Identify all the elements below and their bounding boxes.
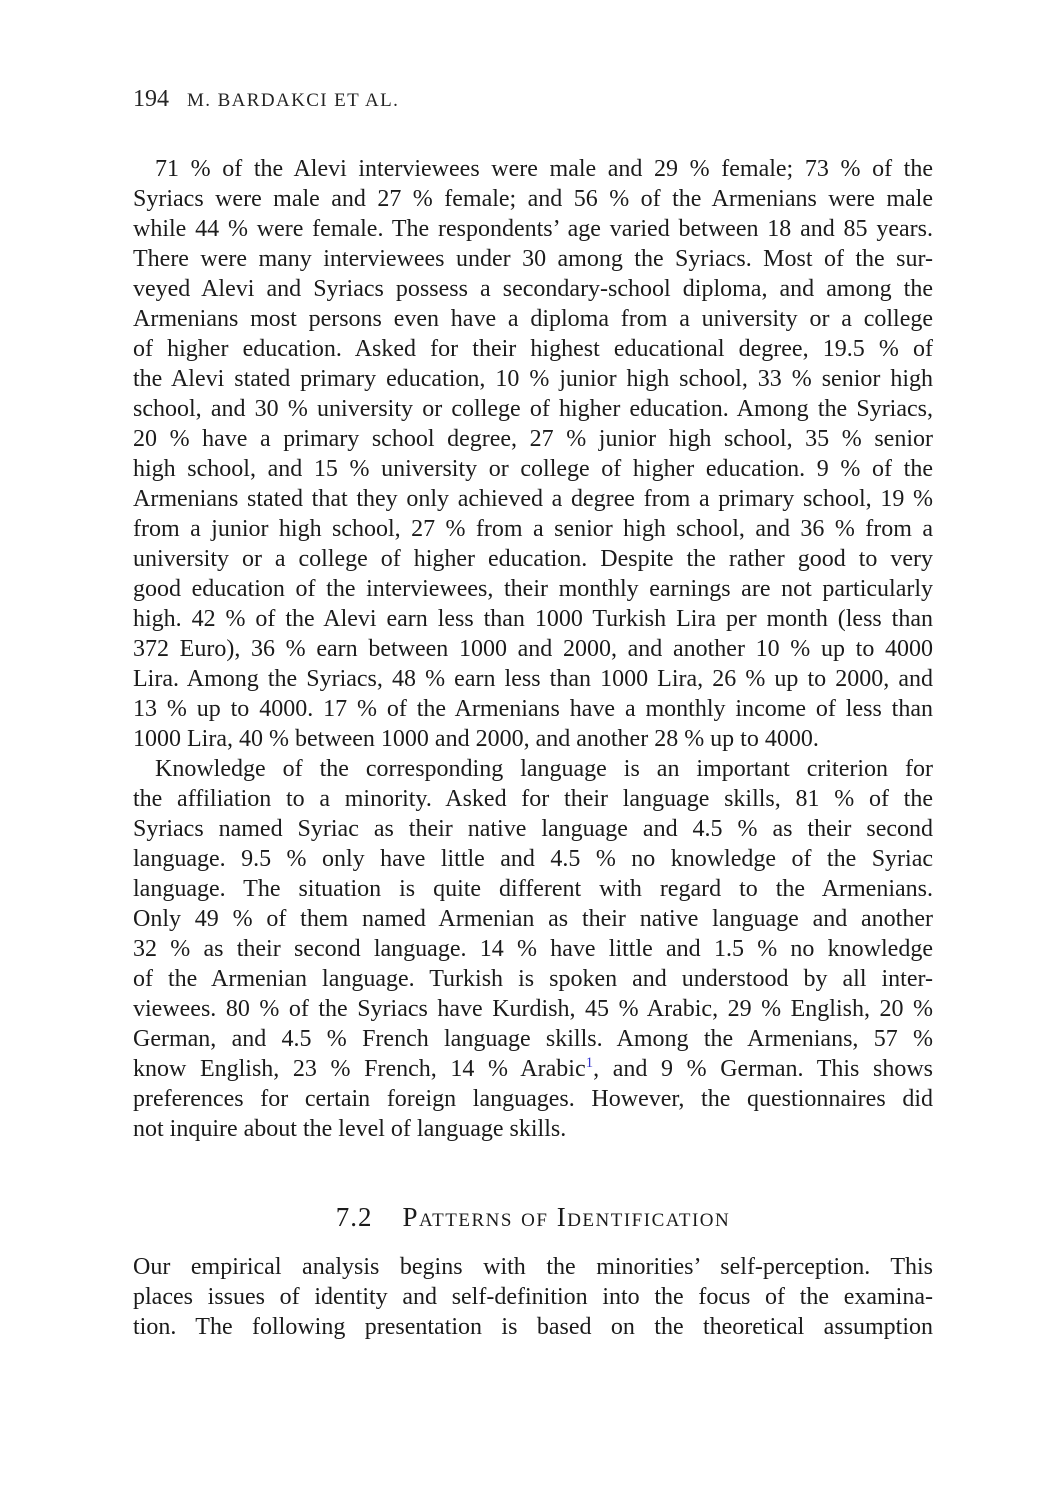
page-header: 194 M. BARDAKCI ET AL. [133, 86, 933, 114]
text-line: Knowledge of the corresponding language … [133, 754, 933, 784]
paragraph-identification-intro: Our empirical analysis begins with the m… [133, 1252, 933, 1342]
text-line: Armenians stated that they only achieved… [133, 484, 933, 514]
text-line: of higher education. Asked for their hig… [133, 334, 933, 364]
paragraph-demographics: 71 % of the Alevi interviewees were male… [133, 154, 933, 754]
text-line: viewees. 80 % of the Syriacs have Kurdis… [133, 994, 933, 1024]
text-line: Our empirical analysis begins with the m… [133, 1252, 933, 1282]
text-line: 1000 Lira, 40 % between 1000 and 2000, a… [133, 724, 933, 754]
text-line: places issues of identity and self-defin… [133, 1282, 933, 1312]
text-line: Syriacs were male and 27 % female; and 5… [133, 184, 933, 214]
text-line: tion. The following presentation is base… [133, 1312, 933, 1342]
text-line: language. 9.5 % only have little and 4.5… [133, 844, 933, 874]
section-title: Patterns of Identification [403, 1202, 731, 1232]
text-line: know English, 23 % French, 14 % Arabic1,… [133, 1054, 933, 1084]
text-line: language. The situation is quite differe… [133, 874, 933, 904]
text-line: the Alevi stated primary education, 10 %… [133, 364, 933, 394]
text-line: 32 % as their second language. 14 % have… [133, 934, 933, 964]
text-line: 13 % up to 4000. 17 % of the Armenians h… [133, 694, 933, 724]
text-line: 20 % have a primary school degree, 27 % … [133, 424, 933, 454]
footnote-link[interactable]: 1 [586, 1055, 594, 1071]
paragraph-language-skills: Knowledge of the corresponding language … [133, 754, 933, 1144]
text-line: There were many interviewees under 30 am… [133, 244, 933, 274]
text-line: Only 49 % of them named Armenian as thei… [133, 904, 933, 934]
text-line: Lira. Among the Syriacs, 48 % earn less … [133, 664, 933, 694]
text-segment: know English, 23 % French, 14 % Arabic [133, 1056, 586, 1082]
text-line: Syriacs named Syriac as their native lan… [133, 814, 933, 844]
text-block: 194 M. BARDAKCI ET AL. 71 % of the Alevi… [133, 0, 933, 1342]
text-line: while 44 % were female. The respondents’… [133, 214, 933, 244]
text-line: not inquire about the level of language … [133, 1114, 933, 1144]
text-line: of the Armenian language. Turkish is spo… [133, 964, 933, 994]
text-line: Armenians most persons even have a diplo… [133, 304, 933, 334]
text-line: 71 % of the Alevi interviewees were male… [133, 154, 933, 184]
running-head: M. BARDAKCI ET AL. [187, 90, 399, 112]
text-line: veyed Alevi and Syriacs possess a second… [133, 274, 933, 304]
book-page: 194 M. BARDAKCI ET AL. 71 % of the Alevi… [0, 0, 1057, 1500]
text-line: preferences for certain foreign language… [133, 1084, 933, 1114]
section-number: 7.2 [336, 1202, 373, 1232]
text-line: high. 42 % of the Alevi earn less than 1… [133, 604, 933, 634]
text-line: good education of the interviewees, thei… [133, 574, 933, 604]
text-line: German, and 4.5 % French language skills… [133, 1024, 933, 1054]
text-line: from a junior high school, 27 % from a s… [133, 514, 933, 544]
page-number: 194 [133, 86, 169, 113]
text-line: school, and 30 % university or college o… [133, 394, 933, 424]
text-segment: , and 9 % German. This shows [593, 1056, 933, 1082]
text-line: university or a college of higher educat… [133, 544, 933, 574]
section-heading: 7.2Patterns of Identification [133, 1200, 933, 1234]
text-line: 372 Euro), 36 % earn between 1000 and 20… [133, 634, 933, 664]
text-line: the affiliation to a minority. Asked for… [133, 784, 933, 814]
text-line: high school, and 15 % university or coll… [133, 454, 933, 484]
